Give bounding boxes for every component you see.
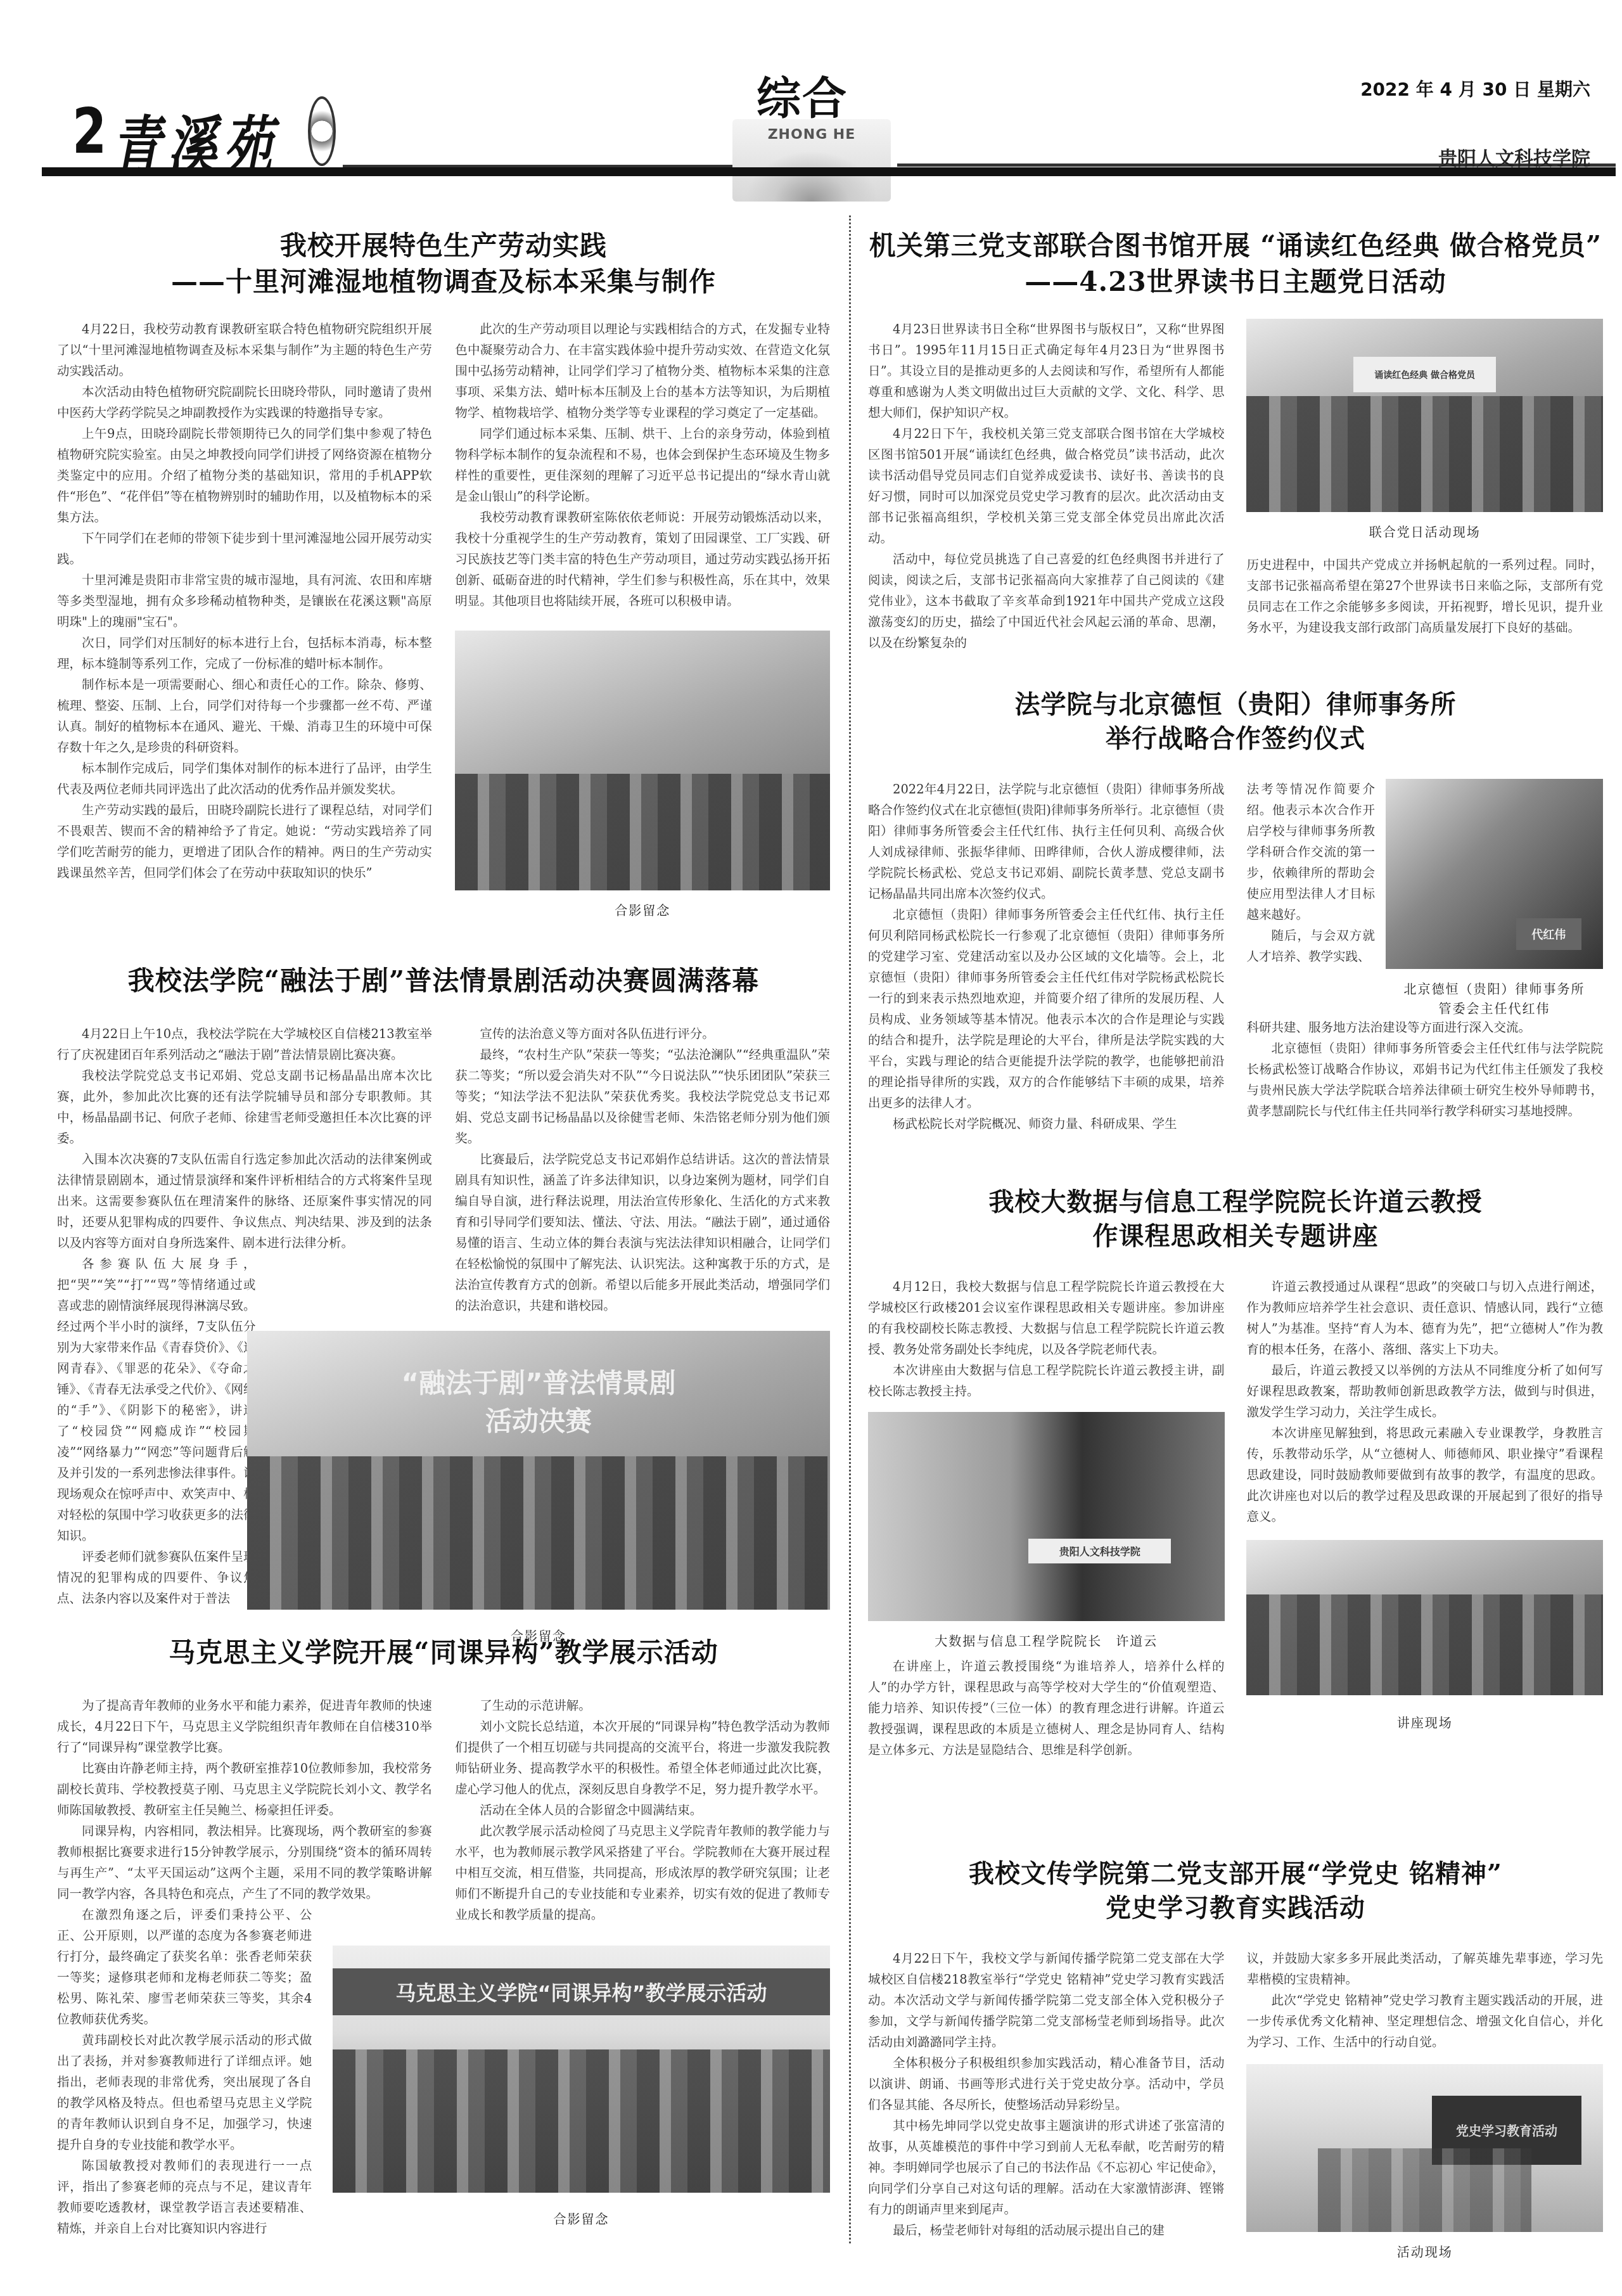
group-photo (455, 631, 830, 890)
paragraph: 2022年4月22日，法学院与北京德恒（贵阳）律师事务所战略合作签约仪式在北京德… (868, 779, 1225, 904)
paragraph: 4月22日下午，我校机关第三党支部联合图书馆在大学城校区图书馆501开展“诵读红… (868, 423, 1225, 549)
article-headline: 我校文传学院第二党支部开展“学党史 铭精神” 党史学习教育实践活动 (868, 1857, 1603, 1925)
paragraph: 生产劳动实践的最后，田晓玲副院长进行了课程总结，对同学们不畏艰苦、锲而不舍的精神… (57, 800, 432, 883)
paragraph: 各参赛队伍大展身手，把“哭”“笑”“打”“骂”等情绪通过或喜或悲的剧情演绎展现得… (57, 1254, 256, 1546)
headline-line-2: 举行战略合作签约仪式 (868, 722, 1603, 756)
article-column-1: 4月22日下午，我校文学与新闻传播学院第二党支部在大学城校区自信楼218教室举行… (868, 1948, 1225, 2261)
masthead-divider (42, 167, 1616, 176)
paragraph: 陈国敏教授对教师们的表现进行一一点评，指出了参赛老师的亮点与不足，建议青年教师要… (57, 2155, 312, 2239)
masthead: 2 青溪苑 综合 ZHONG HE 2022 年 4 月 30 日 星期六 贵阳… (42, 63, 1616, 177)
paragraph: 北京德恒（贵阳）律师事务所管委会主任代红伟、执行主任何贝利陪同杨武松院长一行参观… (868, 904, 1225, 1113)
article-headline: 机关第三党支部联合图书馆开展 “诵读红色经典 做合格党员” ——4.23世界读书… (868, 228, 1603, 300)
paragraph: 下午同学们在老师的带领下徒步到十里河滩湿地公园开展劳动实践。 (57, 528, 432, 570)
paragraph: 评委老师们就参赛队伍案件呈现情况的犯罪构成的四要件、争议焦点、法条内容以及案件对… (57, 1546, 256, 1609)
article-lecture: 我校大数据与信息工程学院院长许道云教授 作课程思政相关专题讲座 4月12日，我校… (868, 1185, 1603, 1760)
paragraph: 十里河滩是贵阳市非常宝贵的城市湿地，具有河流、农田和库塘等多类型湿地，拥有众多珍… (57, 570, 432, 632)
paragraph: 4月23日世界读书日全称“世界图书与版权日”，又称“世界图书日”。1995年11… (868, 319, 1225, 423)
photo-caption: 合影留念 (455, 901, 830, 919)
paragraph: 比赛最后，法学院党总支书记邓娟作总结讲话。这次的普法情景剧具有知识性，涵盖了许多… (455, 1149, 830, 1316)
page-number: 2 (72, 101, 106, 164)
paragraph: 宣传的法治意义等方面对各队伍进行评分。 (455, 1023, 830, 1044)
headline-line-1: 我校大数据与信息工程学院院长许道云教授 (868, 1185, 1603, 1219)
photo-caption: 大数据与信息工程学院院长 许道云 (868, 1631, 1225, 1650)
photo-banner: “融法于剧”普法情景剧 (276, 1363, 801, 1401)
lecture-audience-photo (1246, 1540, 1603, 1695)
article-headline: 我校法学院“融法于剧”普法情景剧活动决赛圆满落幕 (57, 963, 830, 999)
paragraph: 4月22日下午，我校文学与新闻传播学院第二党支部在大学城校区自信楼218教室举行… (868, 1948, 1225, 2053)
paragraph: 活动在全体人员的合影留念中圆满结束。 (455, 1800, 830, 1821)
paragraph: 4月22日，我校劳动教育课教研室联合特色植物研究院组织开展了以“十里河滩湿地植物… (57, 319, 432, 382)
photo-people (455, 774, 830, 891)
article-column-2: 许道云教授通过从课程“思政”的突破口与切入点进行阐述，作为教师应培养学生社会意识… (1246, 1276, 1603, 1760)
headline-line-2: 党史学习教育实践活动 (868, 1891, 1603, 1925)
paragraph: 上午9点，田晓玲副院长带领期待已久的同学们集中参观了特色植物研究院实验室。由吴之… (57, 423, 432, 528)
paragraph: 议，并鼓励大家多多开展此类活动，了解英雄先辈事迹，学习先辈楷模的宝贵精神。 (1246, 1948, 1603, 1990)
photo-caption: 活动现场 (1246, 2242, 1603, 2261)
paragraph: 北京德恒（贵阳）律师事务所管委会主任代红伟与法学院院长杨武松签订战略合作协议，邓… (1246, 1038, 1603, 1122)
paragraph: 次日，同学们对压制好的标本进行上台，包括标本消毒，标本整理，标本缝制等系列工作，… (57, 632, 432, 674)
paragraph: 活动中，每位党员挑选了自己喜爱的红色经典图书并进行了阅读，阅读之后，支部书记张福… (868, 549, 1225, 653)
school-logo-icon (308, 96, 336, 166)
paragraph: 同课异构，内容相同，教法相异。比赛现场，两个教研室的参赛教师根据比赛要求进行15… (57, 1821, 432, 1904)
paragraph: 我校劳动教育课教研室陈依依老师说：开展劳动锻炼活动以来，我校十分重视学生的生产劳… (455, 507, 830, 612)
article-labor-practice: 我校开展特色生产劳动实践 ——十里河滩湿地植物调查及标本采集与制作 4月22日，… (57, 228, 830, 919)
paragraph: 本次活动由特色植物研究院副院长田晓玲带队，同时邀请了贵州中医药大学药学院吴之坤副… (57, 382, 432, 423)
paragraph: 许道云教授通过从课程“思政”的突破口与切入点进行阐述，作为教师应培养学生社会意识… (1246, 1276, 1603, 1360)
open-book-icon: ZHONG HE (732, 119, 891, 202)
photo-people (247, 1456, 830, 1610)
issue-date: 2022 年 4 月 30 日 星期六 (1360, 76, 1590, 101)
photo-caption: 合影留念 (333, 2209, 830, 2228)
paragraph: 4月12日，我校大数据与信息工程学院院长许道云教授在大学城校区行政楼201会议室… (868, 1276, 1225, 1360)
marxism-group-photo: 马克思主义学院“同课异构”教学展示活动 (333, 1946, 830, 2193)
article-column-2: 法考等情况作简要介绍。他表示本次合作开启学校与律师事务所教学科研合作交流的第一步… (1246, 779, 1603, 1134)
article-party-history: 我校文传学院第二党支部开展“学党史 铭精神” 党史学习教育实践活动 4月22日下… (868, 1857, 1603, 2261)
paragraph: 为了提高青年教师的业务水平和能力素养，促进青年教师的快速成长，4月22日下午，马… (57, 1695, 432, 1758)
article-column-1: 2022年4月22日，法学院与北京德恒（贵阳）律师事务所战略合作签约仪式在北京德… (868, 779, 1225, 1134)
article-headline: 法学院与北京德恒（贵阳）律师事务所 举行战略合作签约仪式 (868, 688, 1603, 756)
lecturer-podium-photo: 贵阳人文科技学院 (868, 1412, 1225, 1621)
photo-people (333, 2049, 830, 2193)
paragraph: 此次“学党史 铭精神”党史学习教育主题实践活动的开展，进一步传承优秀文化精神、坚… (1246, 1990, 1603, 2053)
school-name: 贵阳人文科技学院 (1438, 143, 1590, 170)
paragraph: 比赛由许静老师主持，两个教研室推荐10位教师参加，我校常务副校长黄玮、学校教授莫… (57, 1758, 432, 1821)
photo-people (1318, 2148, 1532, 2233)
article-lawfirm-signing: 法学院与北京德恒（贵阳）律师事务所 举行战略合作签约仪式 2022年4月22日，… (868, 688, 1603, 1134)
article-column-2: 诵读红色经典 做合格党员 联合党日活动现场 历史进程中，中国共产党成立并扬帆起航… (1246, 319, 1603, 653)
photo-caption-line-1: 北京德恒（贵阳）律师事务所 (1386, 979, 1603, 997)
photo-banner: 活动决赛 (276, 1401, 801, 1439)
paragraph: 同学们通过标本采集、压制、烘干、上台的亲身劳动，体验到植物科学标本制作的复杂流程… (455, 423, 830, 507)
article-column-1: 4月23日世界读书日全称“世界图书与版权日”，又称“世界图书日”。1995年11… (868, 319, 1225, 653)
reading-group-photo: 诵读红色经典 做合格党员 (1246, 319, 1603, 512)
section-pinyin: ZHONG HE (732, 127, 891, 143)
article-headline: 我校开展特色生产劳动实践 ——十里河滩湿地植物调查及标本采集与制作 (57, 228, 830, 300)
paragraph: 最后，杨莹老师针对每组的活动展示提出自己的建 (868, 2220, 1225, 2241)
nameplate: 代红伟 (1516, 918, 1581, 950)
headline-line-2: ——4.23世界读书日主题党日活动 (868, 264, 1603, 300)
paragraph: 我校法学院党总支书记邓娟、党总支副书记杨晶晶出席本次比赛，此外，参加此次比赛的还… (57, 1065, 432, 1149)
podium-sign: 贵阳人文科技学院 (1028, 1539, 1171, 1563)
photo-banner: 诵读红色经典 做合格党员 (1353, 357, 1496, 392)
drama-group-photo: “融法于剧”普法情景剧 活动决赛 (247, 1331, 830, 1610)
article-headline: 我校大数据与信息工程学院院长许道云教授 作课程思政相关专题讲座 (868, 1185, 1603, 1254)
paragraph: 此次的生产劳动项目以理论与实践相结合的方式，在发掘专业特色中凝聚劳动合力、在丰富… (455, 319, 830, 423)
paragraph: 4月22日上午10点，我校法学院在大学城校区自信楼213教室举行了庆祝建团百年系… (57, 1023, 432, 1065)
paragraph: 在激烈角逐之后，评委们秉持公平、公正、公开原则，以严谨的态度为各参赛老师进行打分… (57, 1904, 312, 2030)
paragraph: 最后，许道云教授又以举例的方法从不同维度分析了如何写好课程思政教案，帮助教师创新… (1246, 1360, 1603, 1423)
paragraph: 杨武松院长对学院概况、师资力量、科研成果、学生 (868, 1113, 1225, 1134)
headline-line-1: 我校开展特色生产劳动实践 (57, 228, 830, 264)
paragraph: 法考等情况作简要介绍。他表示本次合作开启学校与律师事务所教学科研合作交流的第一步… (1246, 779, 1375, 925)
article-law-drama: 我校法学院“融法于剧”普法情景剧活动决赛圆满落幕 4月22日上午10点，我校法学… (57, 963, 830, 1609)
paragraph: 在讲座上，许道云教授围绕“为谁培养人，培养什么样的人”的办学方针，课程思政与高等… (868, 1656, 1225, 1760)
paragraph: 其中杨先坤同学以党史故事主题演讲的形式讲述了张富清的故事，从英雄模范的事件中学习… (868, 2115, 1225, 2220)
article-marxism-teaching: 马克思主义学院开展“同课异构”教学展示活动 为了提高青年教师的业务水平和能力素养… (57, 1635, 830, 2239)
paragraph: 刘小文院长总结道，本次开展的“同课异构”特色教学活动为教师们提供了一个相互切磋与… (455, 1716, 830, 1800)
paragraph: 入围本次决赛的7支队伍需自行选定参加此次活动的法律案例或法律情景剧剧本，通过情景… (57, 1149, 432, 1254)
paragraph: 此次教学展示活动检阅了马克思主义学院青年教师的教学能力与水平，也为教师展示教学风… (455, 1821, 830, 1925)
paragraph: 科研共建、服务地方法治建设等方面进行深入交流。 (1246, 1017, 1603, 1038)
paragraph: 标本制作完成后，同学们集体对制作的标本进行了品评，由学生代表及两位老师共同评选出… (57, 758, 432, 800)
headline-line-2: 作课程思政相关专题讲座 (868, 1219, 1603, 1254)
director-portrait-photo: 代红伟 (1386, 779, 1603, 969)
article-column-1: 4月12日，我校大数据与信息工程学院院长许道云教授在大学城校区行政楼201会议室… (868, 1276, 1225, 1760)
headline-line-1: 法学院与北京德恒（贵阳）律师事务所 (868, 688, 1603, 722)
photo-caption-line-2: 管委会主任代红伟 (1386, 999, 1603, 1017)
photo-caption: 联合党日活动现场 (1246, 522, 1603, 541)
photo-people (1246, 1594, 1603, 1695)
paragraph: 了生动的示范讲解。 (455, 1695, 830, 1716)
recitation-photo: 党史学习教育活动 (1246, 2064, 1603, 2232)
photo-people (1246, 396, 1603, 512)
paragraph: 黄玮副校长对此次教学展示活动的形式做出了表扬，并对参赛教师进行了详细点评。她指出… (57, 2030, 312, 2155)
section-title: 综合 (757, 63, 848, 127)
paragraph: 全体积极分子积极组织参加实践活动，精心准备节目，活动以演讲、朗诵、书画等形式进行… (868, 2053, 1225, 2115)
article-column-2: 此次的生产劳动项目以理论与实践相结合的方式，在发掘专业特色中凝聚劳动合力、在丰富… (455, 319, 830, 919)
headline-line-1: 我校文传学院第二党支部开展“学党史 铭精神” (868, 1857, 1603, 1891)
article-library-reading: 机关第三党支部联合图书馆开展 “诵读红色经典 做合格党员” ——4.23世界读书… (868, 228, 1603, 653)
column-divider (849, 215, 851, 2243)
paragraph: 历史进程中，中国共产党成立并扬帆起航的一系列过程。同时，支部书记张福高希望在第2… (1246, 555, 1603, 638)
article-column-1: 4月22日，我校劳动教育课教研室联合特色植物研究院组织开展了以“十里河滩湿地植物… (57, 319, 432, 919)
article-headline: 马克思主义学院开展“同课异构”教学展示活动 (57, 1635, 830, 1671)
headline-line-1: 机关第三党支部联合图书馆开展 “诵读红色经典 做合格党员” (868, 228, 1603, 264)
paragraph: 最终，“农村生产队”荣获一等奖；“弘法沧澜队”“经典重温队”荣获二等奖；“所以爱… (455, 1044, 830, 1149)
photo-caption: 讲座现场 (1246, 1713, 1603, 1731)
photo-banner: 马克思主义学院“同课异构”教学展示活动 (333, 1968, 830, 2015)
book-pages (745, 151, 878, 202)
article-column-2: 议，并鼓励大家多多开展此类活动，了解英雄先辈事迹，学习先辈楷模的宝贵精神。 此次… (1246, 1948, 1603, 2261)
paragraph: 随后，与会双方就人才培养、教学实践、 (1246, 925, 1375, 967)
paragraph: 制作标本是一项需要耐心、细心和责任心的工作。除杂、修剪、梳理、整姿、压制、上台，… (57, 674, 432, 758)
paragraph: 本次讲座见解独到，将思政元素融入专业课教学，身教胜言传，乐教带动乐学，从“立德树… (1246, 1423, 1603, 1527)
headline-line-2: ——十里河滩湿地植物调查及标本采集与制作 (57, 264, 830, 300)
paragraph: 本次讲座由大数据与信息工程学院院长许道云教授主讲，副校长陈志教授主持。 (868, 1360, 1225, 1402)
